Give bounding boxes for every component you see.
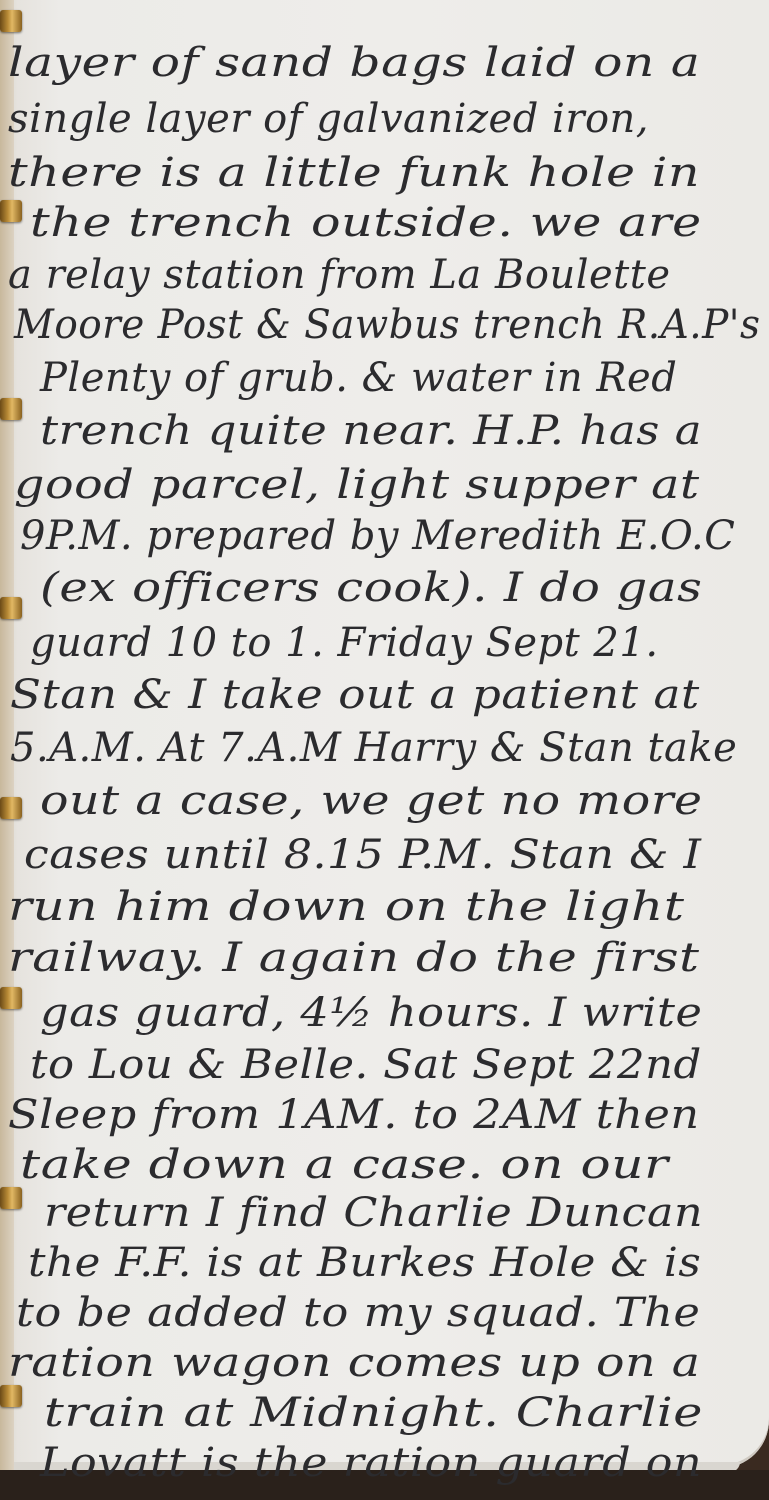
text-line: to be added to my squad. The <box>16 1290 700 1336</box>
text-line: layer of sand bags laid on a <box>8 40 700 86</box>
text-line: out a case, we get no more <box>40 778 703 824</box>
text-line: 5.A.M. At 7.A.M Harry & Stan take <box>10 725 737 771</box>
text-line: gas guard, 4½ hours. I write <box>40 990 702 1036</box>
text-line: single layer of galvanized iron, <box>8 96 649 142</box>
text-line: there is a little funk hole in <box>8 150 700 196</box>
text-line: the trench outside. we are <box>30 200 702 246</box>
text-line: Stan & I take out a patient at <box>10 672 700 718</box>
text-line: 9P.M. prepared by Meredith E.O.C <box>20 513 735 559</box>
text-line: Plenty of grub. & water in Red <box>40 355 677 401</box>
text-line: take down a case. on our <box>20 1142 669 1188</box>
text-line: Moore Post & Sawbus trench R.A.P's <box>14 302 760 348</box>
text-line: ration wagon comes up on a <box>8 1340 701 1386</box>
text-line: run him down on the light <box>8 884 685 930</box>
handwritten-text: layer of sand bags laid on a single laye… <box>0 0 769 1470</box>
text-line: the F.F. is at Burkes Hole & is <box>28 1240 701 1286</box>
text-line: trench quite near. H.P. has a <box>40 408 702 454</box>
text-line: to Lou & Belle. Sat Sept 22nd <box>30 1042 702 1088</box>
text-line: railway. I again do the first <box>8 935 700 981</box>
text-line: train at Midnight. Charlie <box>44 1390 703 1436</box>
text-line: a relay station from La Boulette <box>8 252 670 298</box>
text-line: return I find Charlie Duncan <box>44 1190 703 1236</box>
text-line: cases until 8.15 P.M. Stan & I <box>24 832 701 878</box>
text-line: Lovatt is the ration guard on <box>40 1440 702 1486</box>
text-line: Sleep from 1AM. to 2AM then <box>8 1092 700 1138</box>
text-line: (ex officers cook). I do gas <box>40 565 702 611</box>
text-line: good parcel, light supper at <box>14 462 700 508</box>
text-line: guard 10 to 1. Friday Sept 21. <box>30 620 659 666</box>
